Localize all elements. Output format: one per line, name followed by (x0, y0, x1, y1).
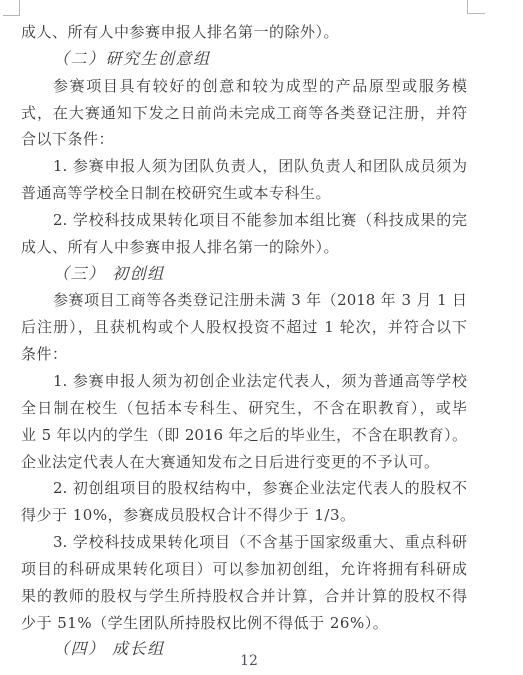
body-text-line: 项目的科研成果转化项目）可以参加初创组，允许将拥有科研成 (21, 556, 467, 583)
body-text-line: 成人、所有人中参赛申报人排名第一的除外）。 (21, 19, 467, 46)
margin-crop-mark-top-right (467, 0, 485, 14)
document-body: 成人、所有人中参赛申报人排名第一的除外）。（二）研究生创意组参赛项目具有较好的创… (21, 19, 467, 663)
body-text-line: 少于 51%（学生团队所持股权比例不得低于 26%）。 (21, 610, 467, 637)
body-text-line: 1. 参赛申报人须为初创企业法定代表人，须为普通高等学校 (21, 368, 467, 395)
body-text-line: 企业法定代表人在大赛通知发布之日后进行变更的不予认可。 (21, 449, 467, 476)
body-text-line: 参赛项目工商等各类登记注册未满 3 年（2018 年 3 月 1 日 (21, 287, 467, 314)
margin-crop-mark-top-left (3, 0, 20, 16)
body-text-line: 普通高等学校全日制在校研究生或本专科生。 (21, 180, 467, 207)
body-text-line: 3. 学校科技成果转化项目（不含基于国家级重大、重点科研 (21, 529, 467, 556)
section-heading-line: （三） 初创组 (21, 261, 467, 288)
body-text-line: 果的教师的股权与学生所持股权合并计算，合并计算的股权不得 (21, 583, 467, 610)
body-text-line: 式，在大赛通知下发之日前尚未完成工商等各类登记注册，并符 (21, 100, 467, 127)
body-text-line: 1. 参赛申报人须为团队负责人，团队负责人和团队成员须为 (21, 153, 467, 180)
document-page: 成人、所有人中参赛申报人排名第一的除外）。（二）研究生创意组参赛项目具有较好的创… (0, 0, 523, 675)
body-text-line: 得少于 10%，参赛成员股权合计不得少于 1/3。 (21, 502, 467, 529)
body-text-line: 合以下条件： (21, 126, 467, 153)
body-text-line: 条件： (21, 341, 467, 368)
body-text-line: 全日制在校生（包括本专科生、研究生，不含在职教育），或毕 (21, 395, 467, 422)
body-text-line: 参赛项目具有较好的创意和较为成型的产品原型或服务模 (21, 73, 467, 100)
body-text-line: 业 5 年以内的学生（即 2016 年之后的毕业生，不含在职教育）。 (21, 422, 467, 449)
body-text-line: 2. 学校科技成果转化项目不能参加本组比赛（科技成果的完 (21, 207, 467, 234)
body-text-line: 成人、所有人中参赛申报人排名第一的除外）。 (21, 234, 467, 261)
page-number: 12 (0, 651, 498, 671)
body-text-line: 后注册），且获机构或个人股权投资不超过 1 轮次，并符合以下 (21, 314, 467, 341)
body-text-line: 2. 初创组项目的股权结构中，参赛企业法定代表人的股权不 (21, 475, 467, 502)
section-heading-line: （二）研究生创意组 (21, 46, 467, 73)
